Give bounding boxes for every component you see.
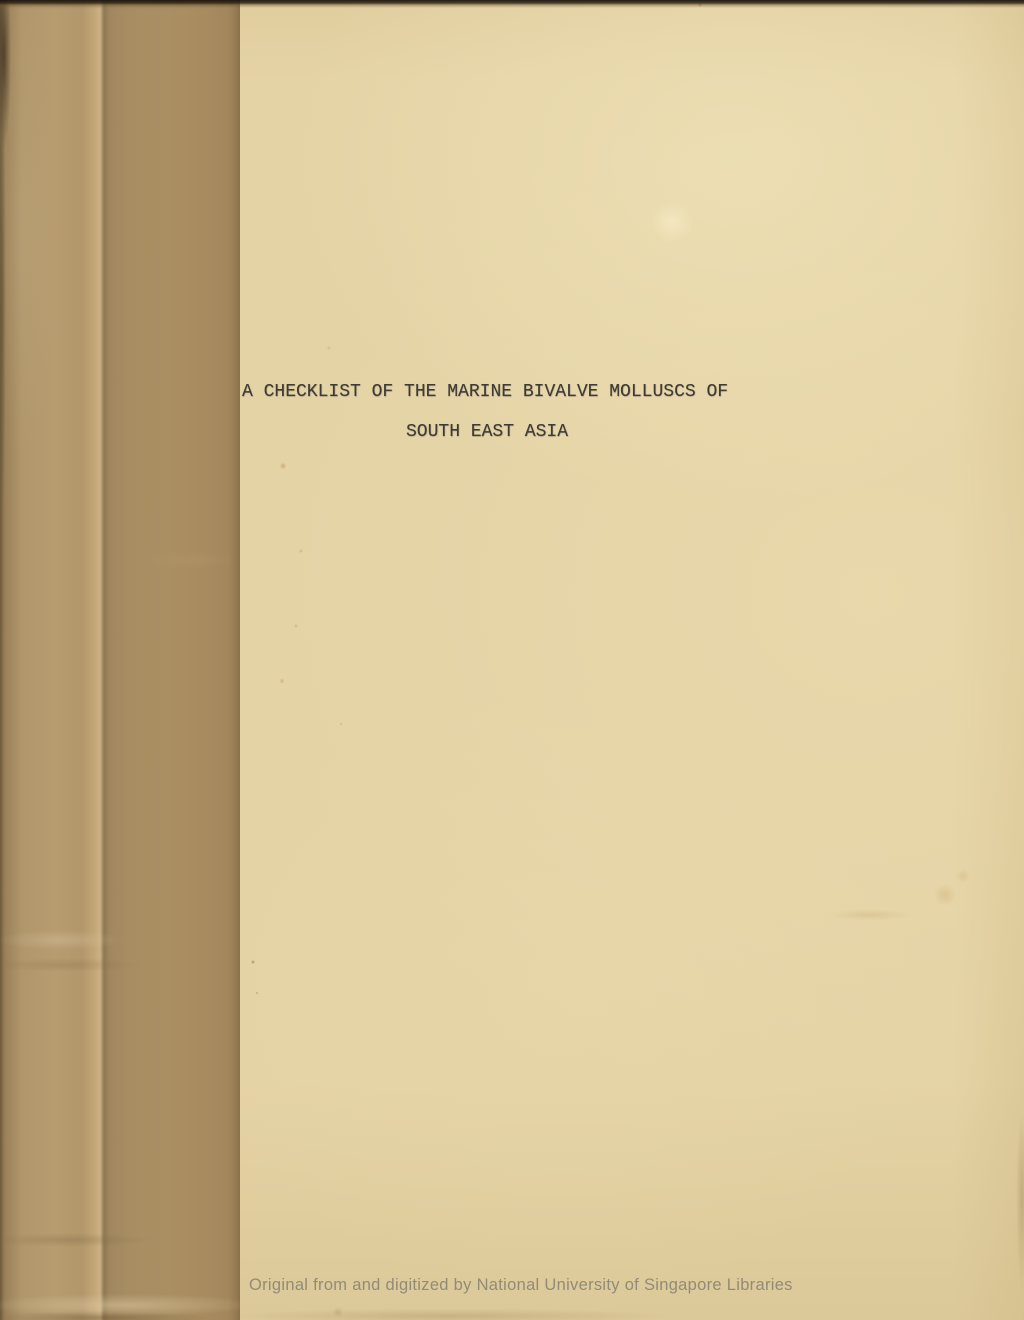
book-cover-scan: A CHECKLIST OF THE MARINE BIVALVE MOLLUS…	[0, 0, 1024, 1320]
book-spine	[0, 0, 240, 1320]
scan-edge-top	[0, 0, 1024, 8]
spine-crease-texture	[0, 0, 240, 1320]
title-block: A CHECKLIST OF THE MARINE BIVALVE MOLLUS…	[242, 384, 732, 441]
title-line-1: A CHECKLIST OF THE MARINE BIVALVE MOLLUS…	[242, 384, 732, 401]
title-line-2: SOUTH EAST ASIA	[242, 424, 732, 441]
digitization-watermark: Original from and digitized by National …	[249, 1275, 793, 1295]
